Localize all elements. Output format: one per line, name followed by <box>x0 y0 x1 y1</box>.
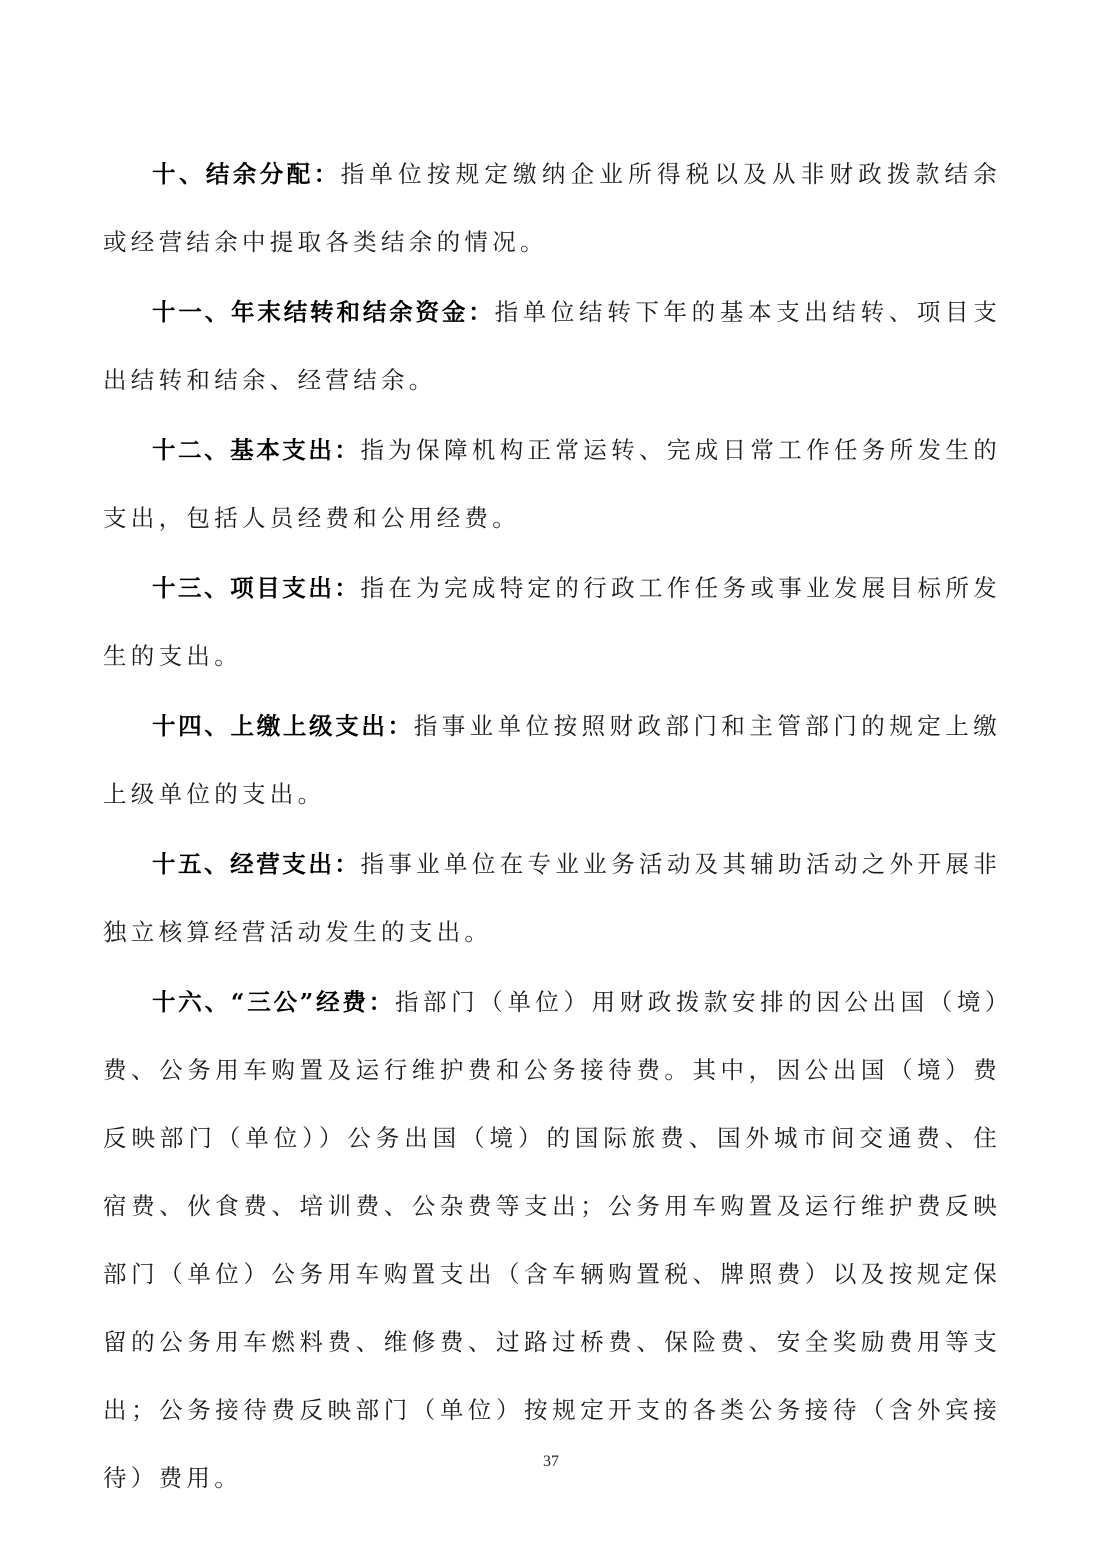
paragraph-heading: 十六、“三公”经费： <box>152 988 395 1016</box>
document-body: 十、结余分配：指单位按规定缴纳企业所得税以及从非财政拨款结余或经营结余中提取各类… <box>103 140 1001 1514</box>
paragraph-operating-expenditure: 十五、经营支出：指事业单位在专业业务活动及其辅助活动之外开展非独立核算经营活动发… <box>103 830 1001 966</box>
page-number: 37 <box>0 1453 1102 1471</box>
paragraph-heading: 十一、年末结转和结余资金： <box>152 298 495 326</box>
paragraph-surplus-distribution: 十、结余分配：指单位按规定缴纳企业所得税以及从非财政拨款结余或经营结余中提取各类… <box>103 140 1001 276</box>
paragraph-heading: 十五、经营支出： <box>152 850 360 878</box>
paragraph-heading: 十二、基本支出： <box>152 436 360 464</box>
paragraph-three-public-expenses: 十六、“三公”经费：指部门（单位）用财政拨款安排的因公出国（境）费、公务用车购置… <box>103 968 1001 1512</box>
paragraph-year-end-carryover: 十一、年末结转和结余资金：指单位结转下年的基本支出结转、项目支出结转和结余、经营… <box>103 278 1001 414</box>
paragraph-heading: 十三、项目支出： <box>152 574 360 602</box>
paragraph-heading: 十、结余分配： <box>152 160 341 188</box>
paragraph-basic-expenditure: 十二、基本支出：指为保障机构正常运转、完成日常工作任务所发生的支出，包括人员经费… <box>103 416 1001 552</box>
paragraph-project-expenditure: 十三、项目支出：指在为完成特定的行政工作任务或事业发展目标所发生的支出。 <box>103 554 1001 690</box>
paragraph-remittance-to-superior: 十四、上缴上级支出：指事业单位按照财政部门和主管部门的规定上缴上级单位的支出。 <box>103 692 1001 828</box>
paragraph-heading: 十四、上缴上级支出： <box>152 712 414 740</box>
paragraph-text: 指部门（单位）用财政拨款安排的因公出国（境）费、公务用车购置及运行维护费和公务接… <box>103 988 1001 1492</box>
document-page: 十、结余分配：指单位按规定缴纳企业所得税以及从非财政拨款结余或经营结余中提取各类… <box>0 0 1102 1559</box>
